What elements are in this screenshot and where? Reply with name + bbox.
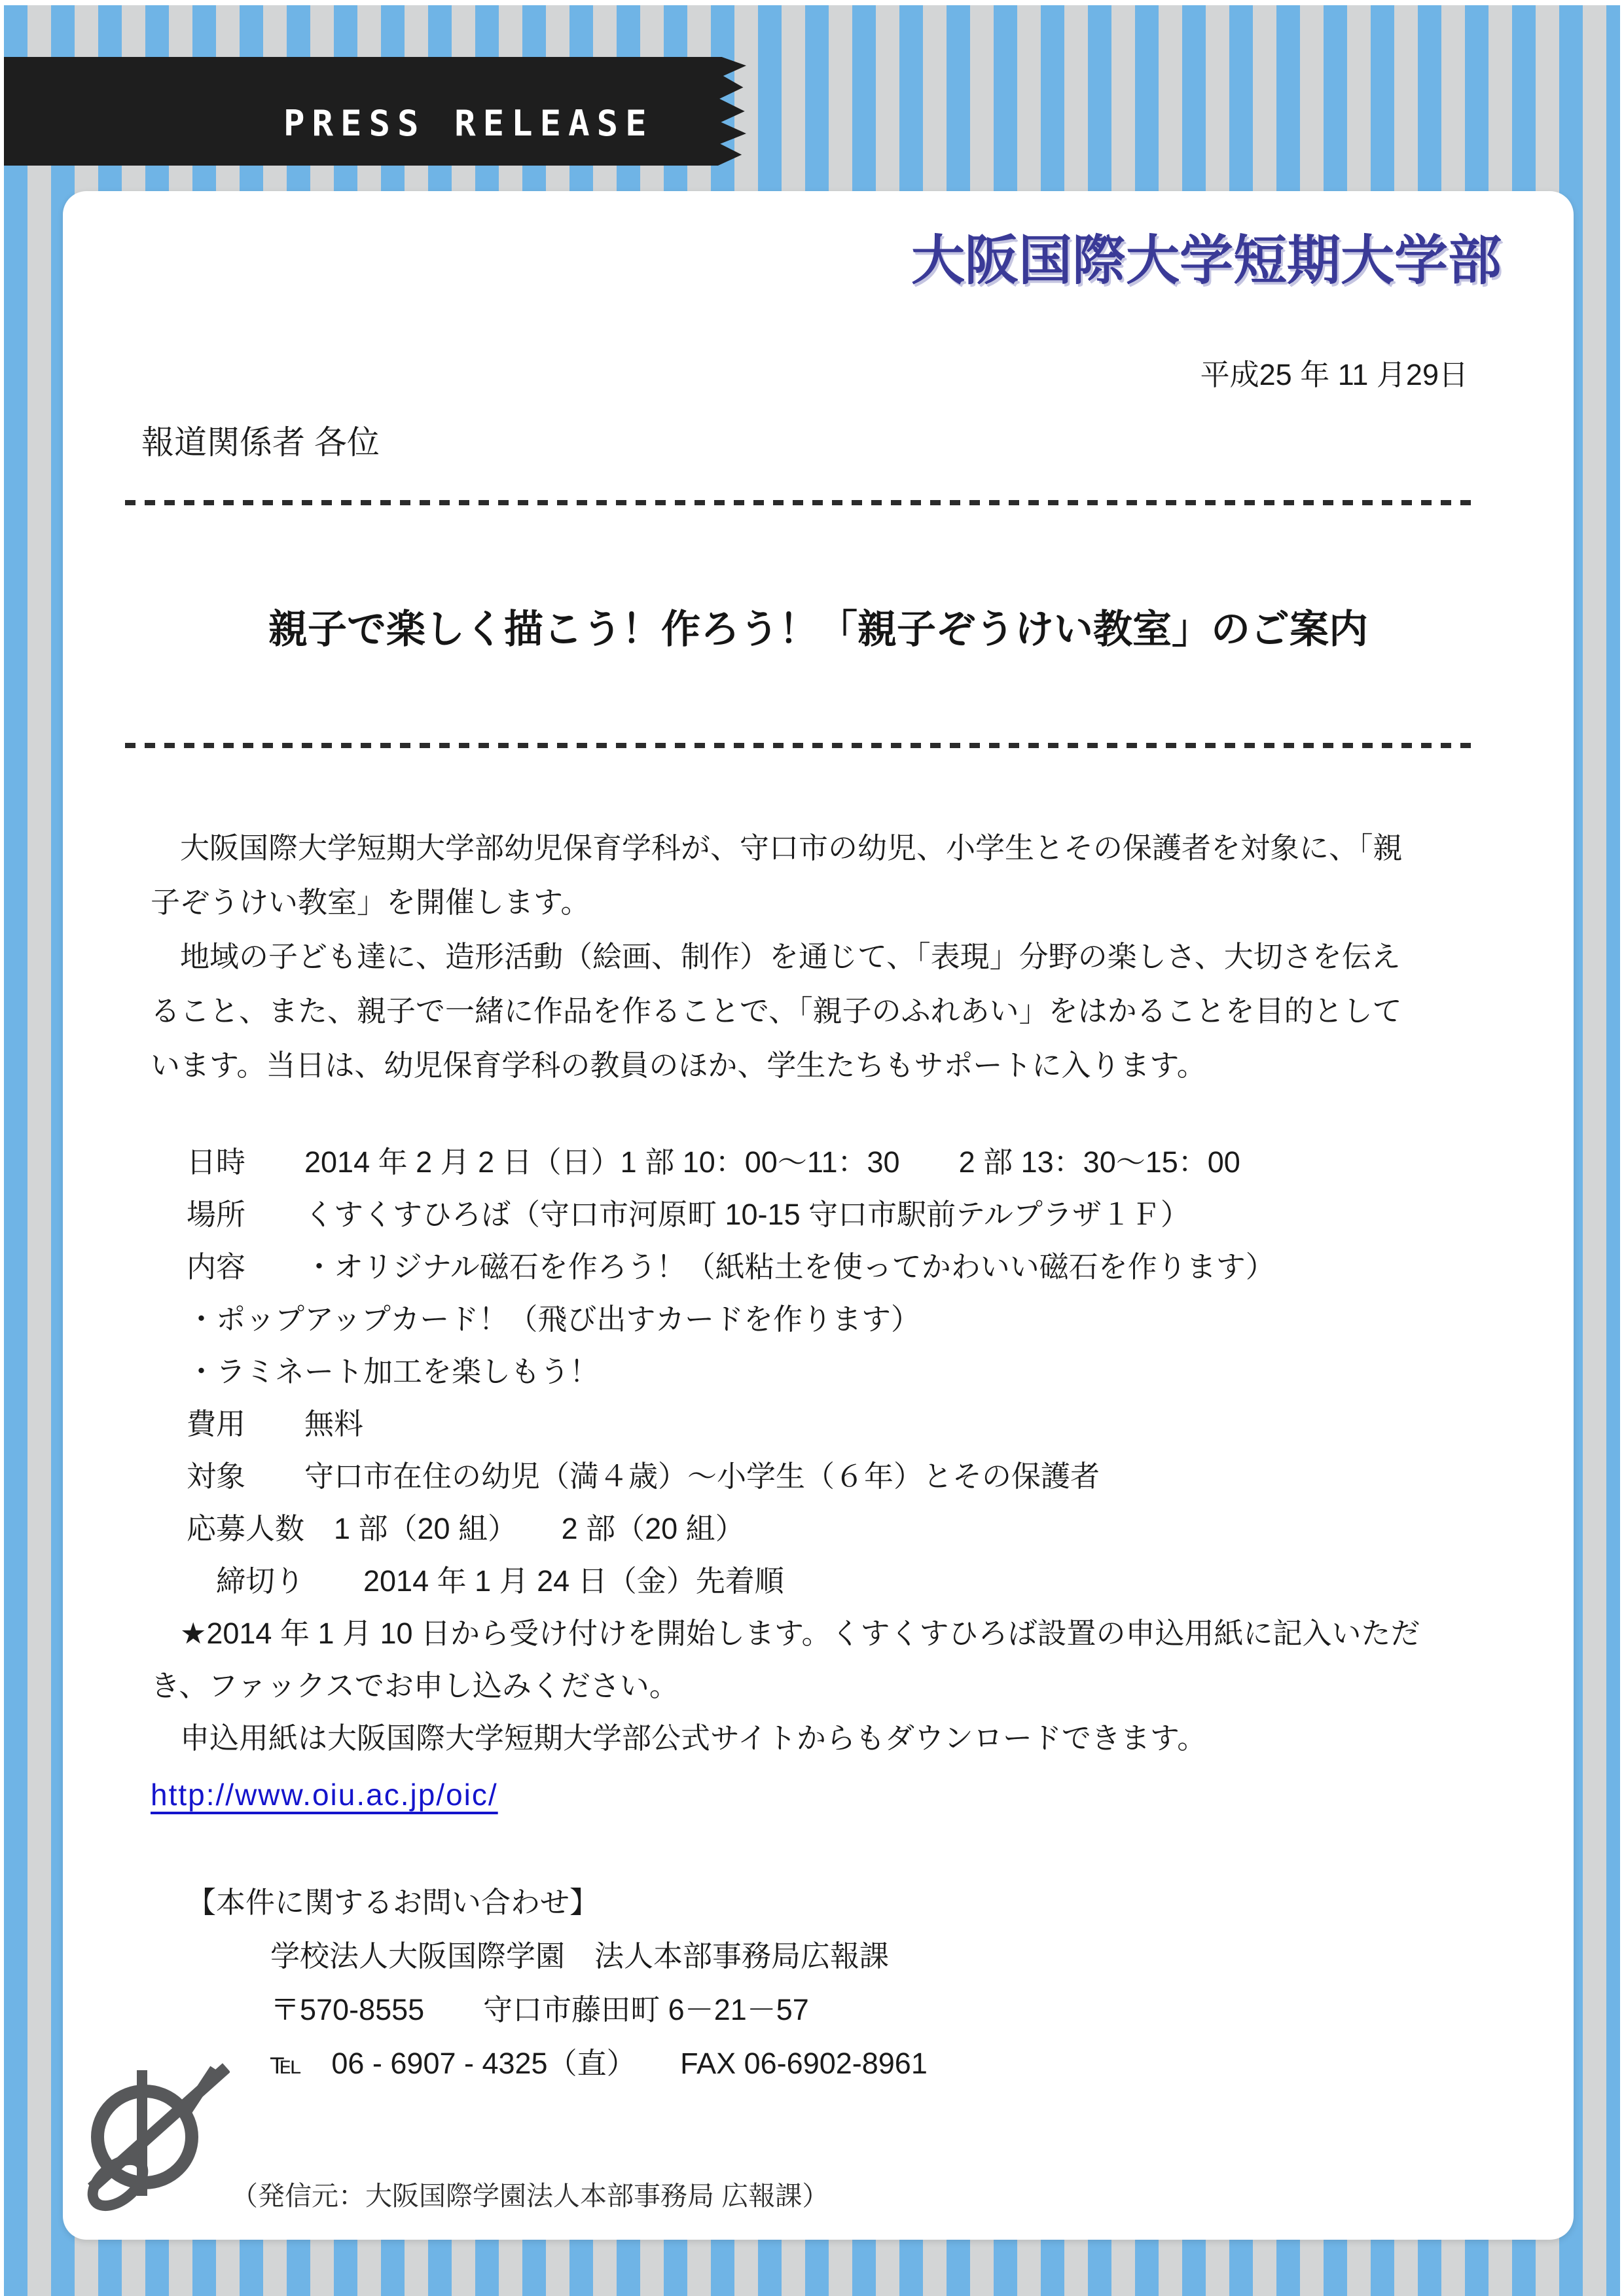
- event-details-list: 日時 2014 年 2 月 2 日（日）1 部 10：00～11：30 2 部 …: [187, 1136, 1521, 1607]
- detail-line-target: 対象 守口市在住の幼児（満４歳）～小学生（６年）とその保護者: [187, 1450, 1521, 1503]
- press-release-banner: PRESS RELEASE: [4, 57, 746, 166]
- contact-tel-fax: ℡ 06 - 6907 - 4325（直） FAX 06-6902-8961: [187, 2037, 1521, 2090]
- document-title: 親子で楽しく描こう！作ろう！「親子ぞうけい教室」のご案内: [63, 598, 1574, 655]
- footer-source: （発信元：大阪国際学園法人本部事務局 広報課）: [231, 2174, 829, 2213]
- dashed-divider-top: [125, 500, 1472, 505]
- detail-line-popup-card: ・ポップアップカード！（飛び出すカードを作ります）: [187, 1293, 1521, 1346]
- university-name: 大阪国際大学短期大学部: [911, 232, 1502, 291]
- detail-line-laminate: ・ラミネート加工を楽しもう！: [187, 1346, 1521, 1398]
- detail-line-place: 場所 くすくすひろば（守口市河原町 10-15 守口市駅前テルプラザ１Ｆ）: [187, 1189, 1521, 1241]
- contact-heading: 【本件に関するお問い合わせ】: [187, 1876, 1521, 1929]
- body-line: 子ぞうけい教室」を開催します。: [151, 875, 1511, 929]
- body-line: います。当日は、幼児保育学科の教員のほか、学生たちもサポートに入ります。: [151, 1038, 1511, 1092]
- note-line: ★2014 年 1 月 10 日から受け付けを開始します。くすくすひろば設置の申…: [151, 1607, 1511, 1660]
- note-line: 申込用紙は大阪国際大学短期大学部公式サイトからもダウンロードできます。: [151, 1712, 1511, 1765]
- detail-line-capacity: 応募人数 1 部（20 組） 2 部（20 組）: [187, 1503, 1521, 1555]
- body-paragraphs: 大阪国際大学短期大学部幼児保育学科が、守口市の幼児、小学生とその保護者を対象に、…: [151, 821, 1511, 1092]
- press-release-page: PRESS RELEASE 大阪国際大学短期大学部 平成25 年 11 月29日…: [0, 0, 1624, 2296]
- recipient-line: 報道関係者 各位: [141, 416, 380, 463]
- document-date: 平成25 年 11 月29日: [1200, 351, 1468, 393]
- detail-line-deadline: 締切り 2014 年 1 月 24 日（金）先着順: [187, 1555, 1521, 1607]
- press-release-banner-label: PRESS RELEASE: [283, 103, 654, 144]
- application-notes: ★2014 年 1 月 10 日から受け付けを開始します。くすくすひろば設置の申…: [151, 1607, 1511, 1765]
- website-link[interactable]: http://www.oiu.ac.jp/oic/: [151, 1778, 498, 1812]
- detail-line-content: 内容 ・オリジナル磁石を作ろう！（紙粘土を使ってかわいい磁石を作ります）: [187, 1241, 1521, 1293]
- body-line: ること、また、親子で一緒に作品を作ることで、「親子のふれあい」をはかることを目的…: [151, 984, 1511, 1038]
- detail-line-fee: 費用 無料: [187, 1398, 1521, 1450]
- note-line: き、ファックスでお申し込みください。: [151, 1660, 1511, 1712]
- contact-address: 〒570-8555 守口市藤田町 6－21－57: [187, 1983, 1521, 2037]
- detail-line-datetime: 日時 2014 年 2 月 2 日（日）1 部 10：00～11：30 2 部 …: [187, 1136, 1521, 1189]
- contact-organization: 学校法人大阪国際学園 法人本部事務局広報課: [187, 1929, 1521, 1983]
- contact-block: 【本件に関するお問い合わせ】 学校法人大阪国際学園 法人本部事務局広報課 〒57…: [187, 1876, 1521, 2090]
- document-card: 大阪国際大学短期大学部 平成25 年 11 月29日 報道関係者 各位 親子で楽…: [63, 191, 1574, 2240]
- body-line: 大阪国際大学短期大学部幼児保育学科が、守口市の幼児、小学生とその保護者を対象に、…: [151, 821, 1511, 875]
- website-link-row: http://www.oiu.ac.jp/oic/: [151, 1768, 498, 1821]
- pencil-emblem-icon: [84, 2058, 230, 2225]
- body-line: 地域の子ども達に、造形活動（絵画、制作）を通じて、「表現」分野の楽しさ、大切さを…: [151, 929, 1511, 984]
- dashed-divider-bottom: [125, 743, 1472, 748]
